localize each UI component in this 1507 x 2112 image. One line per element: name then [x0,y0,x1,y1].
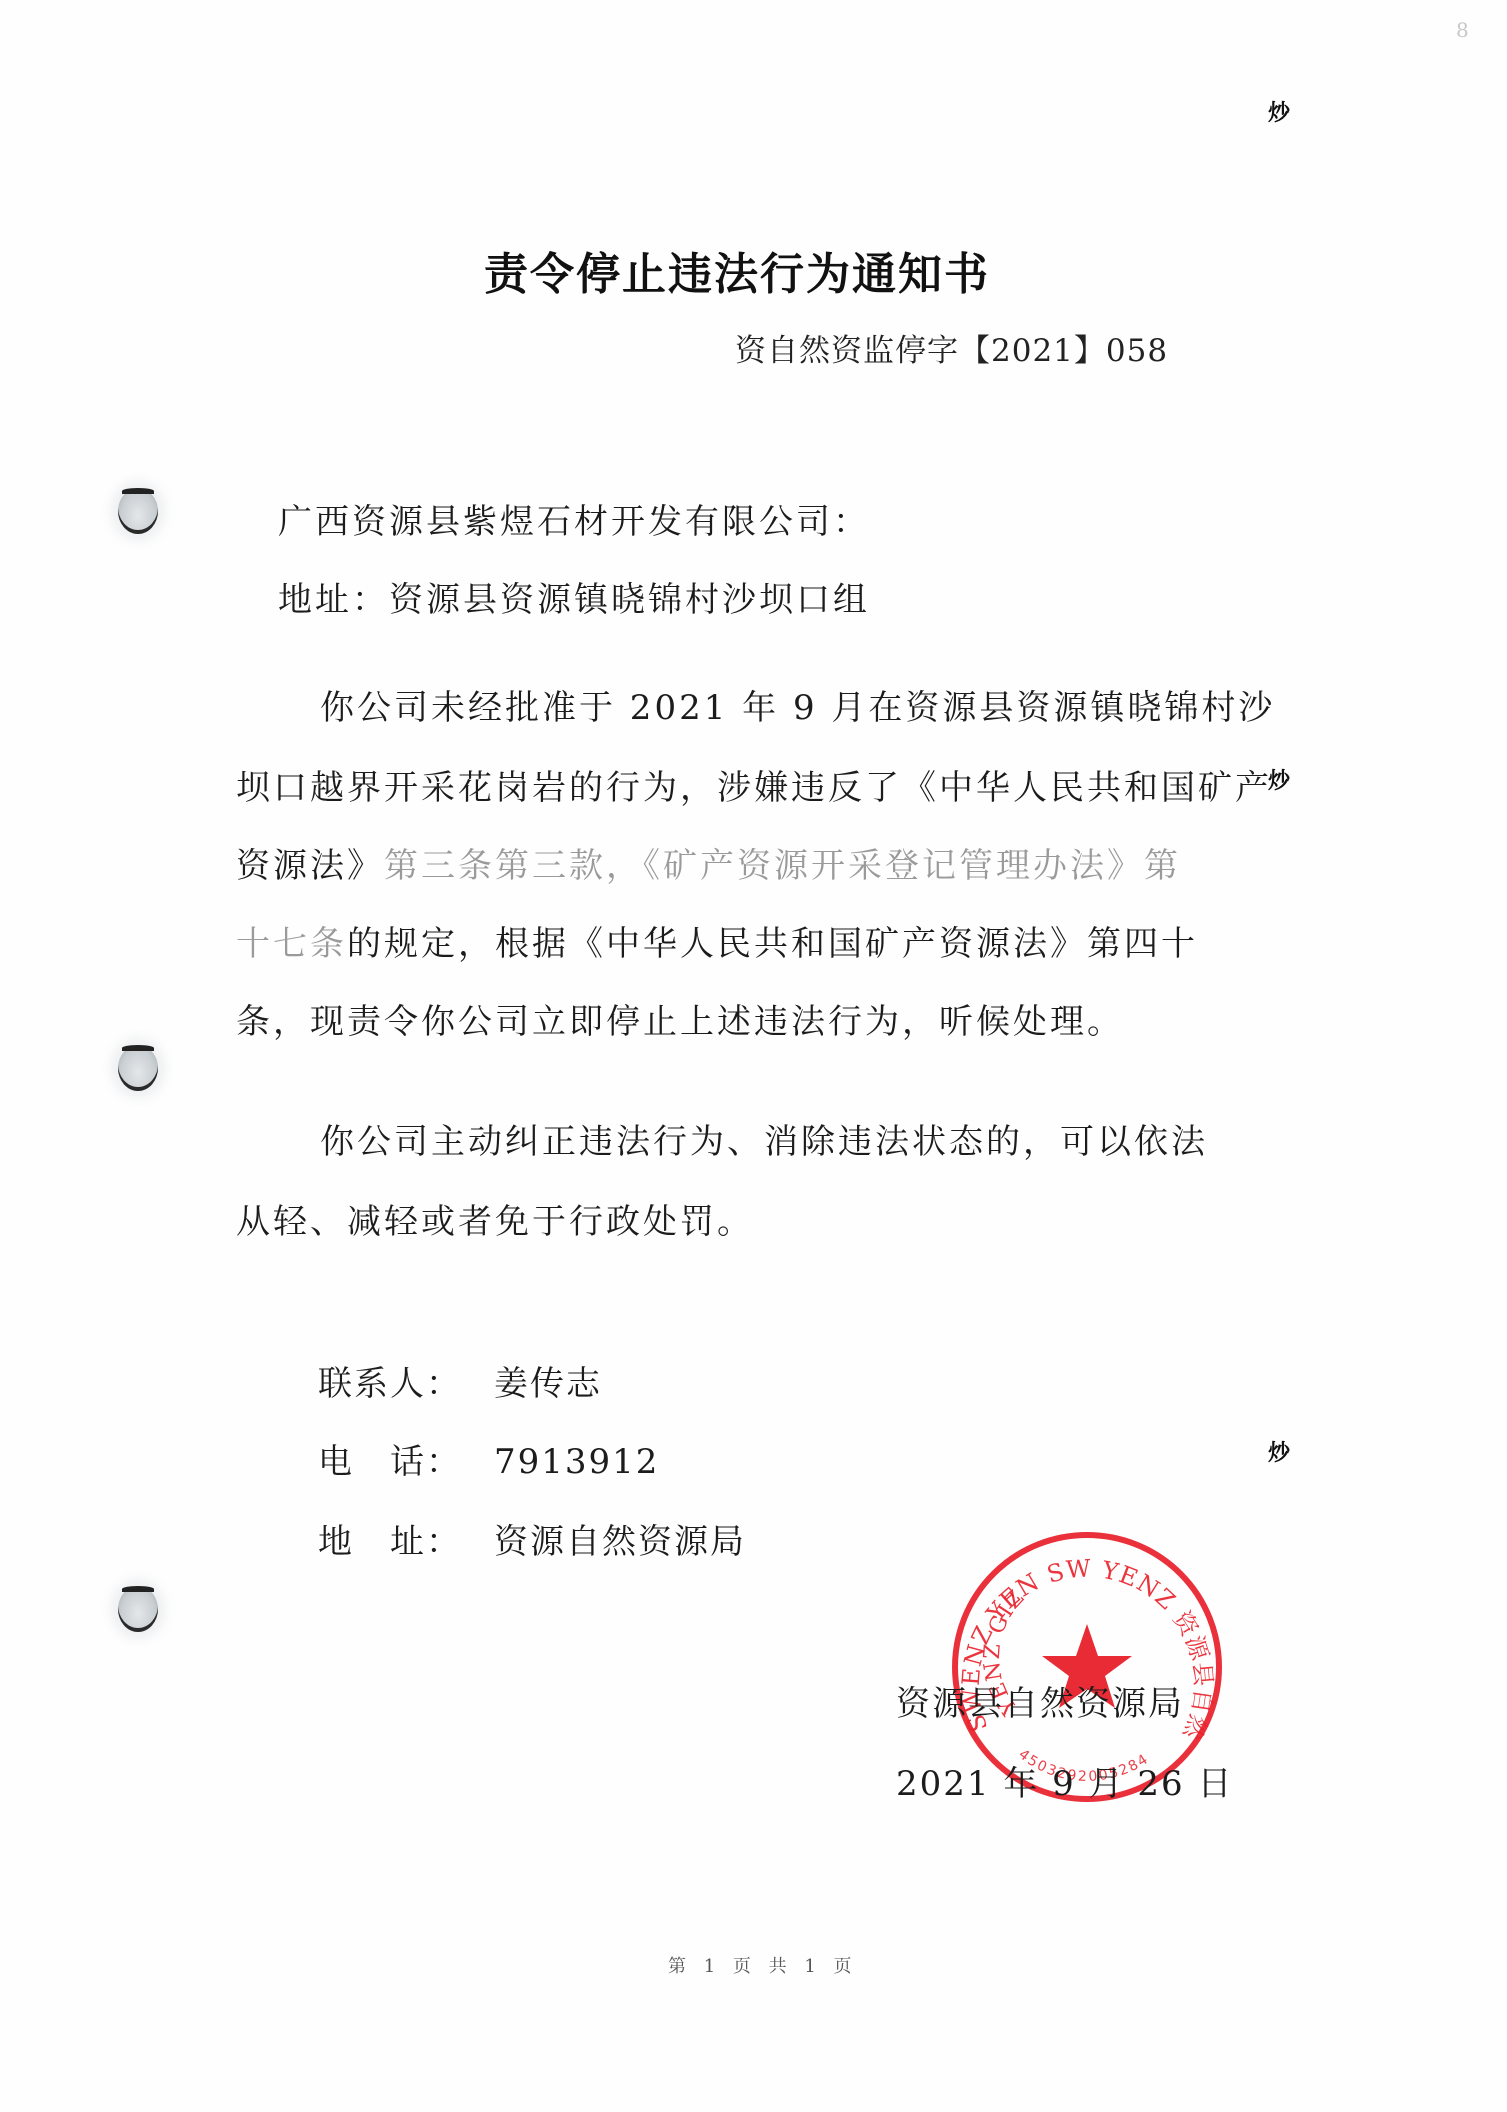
contact-phone-label: 电 话： [318,1434,494,1483]
body-paragraph-1-line-1: 你公司未经批准于 2021 年 9 月在资源县资源镇晓锦村沙 [320,680,1275,729]
contact-phone-value: 7913912 [494,1442,659,1482]
body-paragraph-1-line-5: 条，现责令你公司立即停止上述违法行为，听候处理。 [236,994,1124,1043]
contact-phone-row: 电 话：7913912 [318,1434,659,1483]
document-page: 8 炒 炒 炒 责令停止违法行为通知书 资自然资监停字【2021】058 广西资… [0,0,1507,2112]
issuer-name: 资源县自然资源局 [896,1676,1184,1725]
contact-person-row: 联系人：姜传志 [318,1356,602,1405]
line-3-part-a: 资源法》 [236,846,384,886]
document-title: 责令停止违法行为通知书 [484,238,990,302]
contact-address-value: 资源自然资源局 [494,1522,746,1562]
punch-hole-icon [118,1586,158,1632]
recipient-name: 广西资源县紫煜石材开发有限公司： [278,494,870,543]
body-paragraph-1-line-4: 十七条的规定，根据《中华人民共和国矿产资源法》第四十 [236,916,1198,965]
contact-address-label: 地 址： [318,1514,494,1563]
issue-date: 2021 年 9 月 26 日 [896,1756,1233,1805]
line-3-part-b-faded: 第三条第三款，《矿产资源开采登记管理办法》第 [384,846,1181,886]
body-paragraph-1-line-3: 资源法》第三条第三款，《矿产资源开采登记管理办法》第 [236,838,1181,887]
contact-person-label: 联系人： [318,1356,494,1405]
punch-hole-icon [118,1045,158,1091]
line-4-part-b: 的规定，根据《中华人民共和国矿产资源法》第四十 [347,924,1198,964]
punch-hole-icon [118,488,158,534]
page-footer: 第 1 页 共 1 页 [668,1952,858,1978]
body-paragraph-2-line-1: 你公司主动纠正违法行为、消除违法状态的，可以依法 [320,1114,1208,1163]
line-4-part-a-faded: 十七条 [236,924,347,964]
body-paragraph-2-line-2: 从轻、减轻或者免于行政处罚。 [236,1194,754,1243]
body-paragraph-1-line-2: 坝口越界开采花岗岩的行为，涉嫌违反了《中华人民共和国矿产 [236,760,1272,809]
recipient-address: 地址：资源县资源镇晓锦村沙坝口组 [278,572,870,621]
corner-mark: 8 [1456,18,1469,42]
contact-person-value: 姜传志 [494,1364,602,1404]
document-number: 资自然资监停字【2021】058 [735,325,1168,370]
contact-address-row: 地 址：资源自然资源局 [318,1514,746,1563]
margin-stamp-mark: 炒 [1268,1436,1290,1467]
margin-stamp-mark: 炒 [1268,96,1290,127]
